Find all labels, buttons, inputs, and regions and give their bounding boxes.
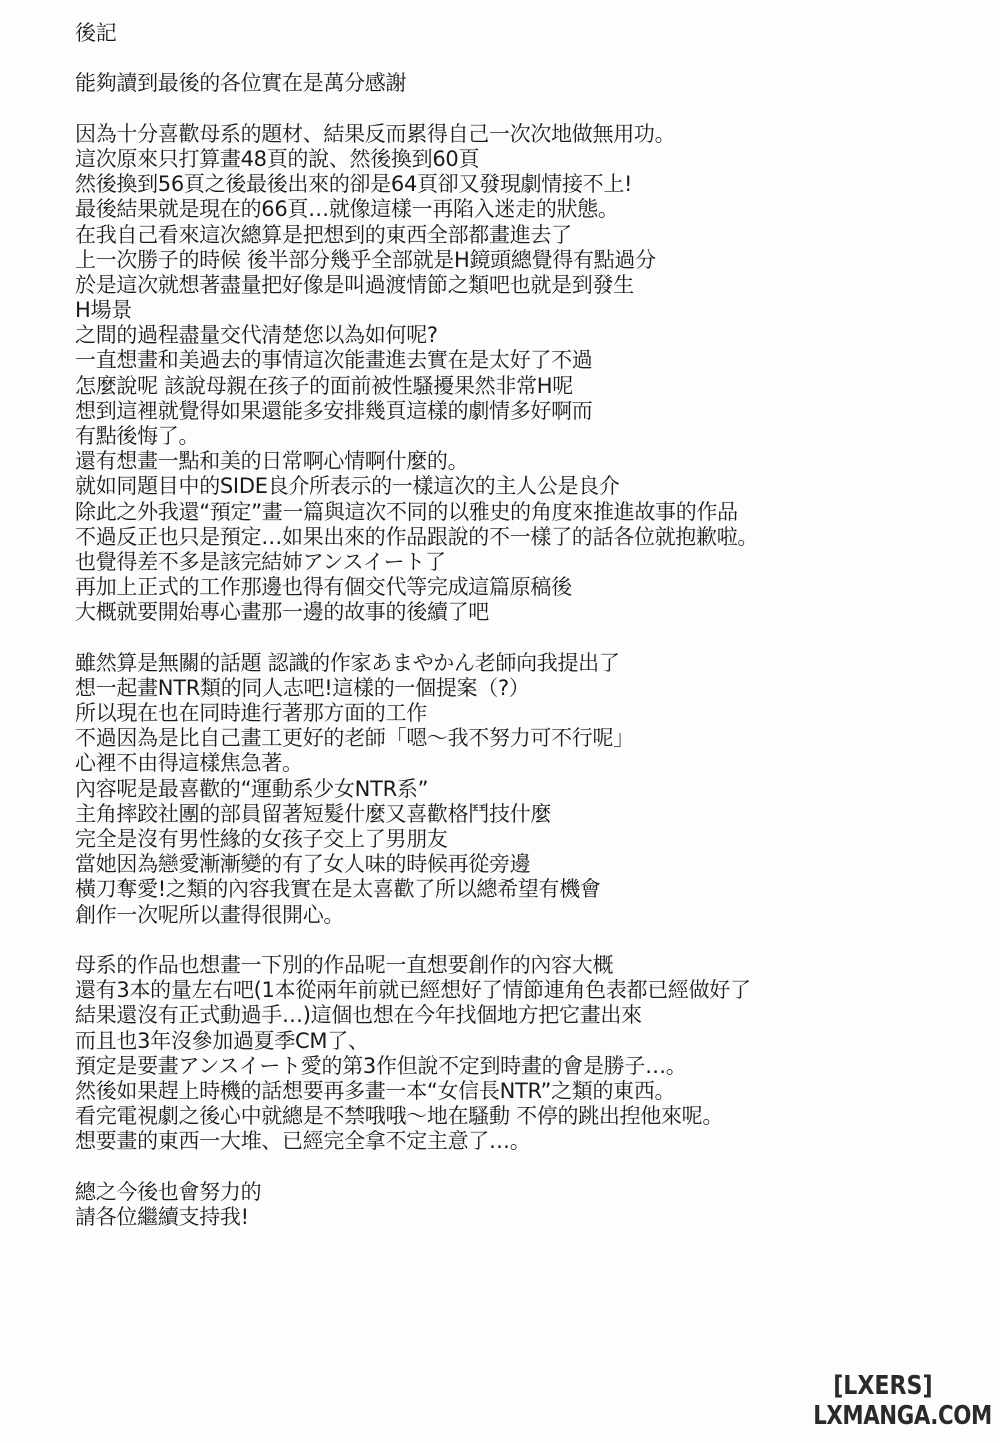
- paragraph-gap: [75, 626, 955, 651]
- text-line: 怎麼說呢 該說母親在孩子的面前被性騷擾果然非常H呢: [75, 374, 955, 399]
- paragraph-story-notes: 因為十分喜歡母系的題材、結果反而累得自己一次次地做無用功。 這次原來只打算畫48…: [75, 122, 955, 626]
- text-line: 看完電視劇之後心中就總是不禁哦哦～地在騷動 不停的跳出揑他來呢。: [75, 1104, 955, 1129]
- text-line: 不過因為是比自己畫工更好的老師「嗯～我不努力可不行呢」: [75, 726, 955, 751]
- text-line: 有點後悔了。: [75, 424, 955, 449]
- document-title: 後記: [75, 21, 955, 46]
- watermark: [LXERS] LXMANGA.COM: [774, 1372, 992, 1432]
- text-line: 預定是要畫アンスイート愛的第3作但說不定到時畫的會是勝子…。: [75, 1054, 955, 1079]
- text-line: 大概就要開始專心畫那一邊的故事的後續了吧: [75, 600, 955, 625]
- text-line: 完全是沒有男性緣的女孩子交上了男朋友: [75, 827, 955, 852]
- text-line: 然後如果趕上時機的話想要再多畫一本“女信長NTR”之類的東西。: [75, 1079, 955, 1104]
- text-line: 上一次勝子的時候 後半部分幾乎全部就是H鏡頭總覺得有點過分: [75, 248, 955, 273]
- text-line: 然後換到56頁之後最後出來的卻是64頁卻又發現劇情接不上!: [75, 172, 955, 197]
- text-line: 也覺得差不多是該完結姉アンスイート了: [75, 550, 955, 575]
- paragraph-gap: [75, 97, 955, 122]
- text-line: 除此之外我還“預定”畫一篇與這次不同的以雅史的角度來推進故事的作品: [75, 500, 955, 525]
- text-line: 還有3本的量左右吧(1本從兩年前就已經想好了情節連角色表都已經做好了: [75, 978, 955, 1003]
- text-line: 橫刀奪愛!之類的內容我實在是太喜歡了所以總希望有機會: [75, 877, 955, 902]
- text-line: 還有想畫一點和美的日常啊心情啊什麼的。: [75, 449, 955, 474]
- paragraph-gap: [75, 46, 955, 71]
- text-line: 不過反正也只是預定…如果出來的作品跟說的不一樣了的話各位就抱歉啦。: [75, 525, 955, 550]
- text-line: 就如同題目中的SIDE良介所表示的一樣這次的主人公是良介: [75, 474, 955, 499]
- paragraph-thanks: 能夠讀到最後的各位實在是萬分感謝: [75, 71, 955, 96]
- paragraph-future-plans: 母系的作品也想畫一下別的作品呢一直想要創作的內容大概 還有3本的量左右吧(1本從…: [75, 953, 955, 1155]
- text-line: 最後結果就是現在的66頁…就像這樣一再陷入迷走的狀態。: [75, 197, 955, 222]
- paragraph-collab: 雖然算是無關的話題 認識的作家あまやかん老師向我提出了 想一起畫NTR類的同人志…: [75, 651, 955, 928]
- paragraph-gap: [75, 928, 955, 953]
- text-line: 再加上正式的工作那邊也得有個交代等完成這篇原稿後: [75, 575, 955, 600]
- text-line: 主角摔跤社團的部員留著短髮什麼又喜歡格鬥技什麼: [75, 802, 955, 827]
- afterword-page: 後記 能夠讀到最後的各位實在是萬分感謝 因為十分喜歡母系的題材、結果反而累得自己…: [75, 21, 955, 1230]
- text-line: 想一起畫NTR類的同人志吧!這樣的一個提案（?）: [75, 676, 955, 701]
- watermark-group-name: [LXERS]: [791, 1372, 976, 1402]
- text-line: 創作一次呢所以畫得很開心。: [75, 903, 955, 928]
- text-line: 請各位繼續支持我!: [75, 1205, 955, 1230]
- text-line: 於是這次就想著盡量把好像是叫過渡情節之類吧也就是到發生: [75, 273, 955, 298]
- text-line: 在我自己看來這次總算是把想到的東西全部都畫進去了: [75, 223, 955, 248]
- text-line: 結果還沒有正式動過手…)這個也想在今年找個地方把它畫出來: [75, 1003, 955, 1028]
- text-line: 一直想畫和美過去的事情這次能畫進去實在是太好了不過: [75, 348, 955, 373]
- text-line: 能夠讀到最後的各位實在是萬分感謝: [75, 71, 955, 96]
- text-line: 因為十分喜歡母系的題材、結果反而累得自己一次次地做無用功。: [75, 122, 955, 147]
- text-line: 這次原來只打算畫48頁的說、然後換到60頁: [75, 147, 955, 172]
- text-line: 而且也3年沒參加過夏季CM了、: [75, 1029, 955, 1054]
- text-line: 想要畫的東西一大堆、已經完全拿不定主意了…。: [75, 1129, 955, 1154]
- paragraph-closing: 總之今後也會努力的 請各位繼續支持我!: [75, 1180, 955, 1230]
- text-line: 之間的過程盡量交代清楚您以為如何呢?: [75, 323, 955, 348]
- text-line: 雖然算是無關的話題 認識的作家あまやかん老師向我提出了: [75, 651, 955, 676]
- text-line: 總之今後也會努力的: [75, 1180, 955, 1205]
- paragraph-gap: [75, 1154, 955, 1179]
- text-line: 當她因為戀愛漸漸變的有了女人味的時候再從旁邊: [75, 852, 955, 877]
- text-line: 內容呢是最喜歡的“運動系少女NTR系”: [75, 777, 955, 802]
- text-line: H場景: [75, 298, 955, 323]
- text-line: 所以現在也在同時進行著那方面的工作: [75, 701, 955, 726]
- text-line: 想到這裡就覺得如果還能多安排幾頁這樣的劇情多好啊而: [75, 399, 955, 424]
- watermark-site-name: LXMANGA.COM: [813, 1402, 992, 1432]
- text-line: 心裡不由得這樣焦急著。: [75, 751, 955, 776]
- text-line: 母系的作品也想畫一下別的作品呢一直想要創作的內容大概: [75, 953, 955, 978]
